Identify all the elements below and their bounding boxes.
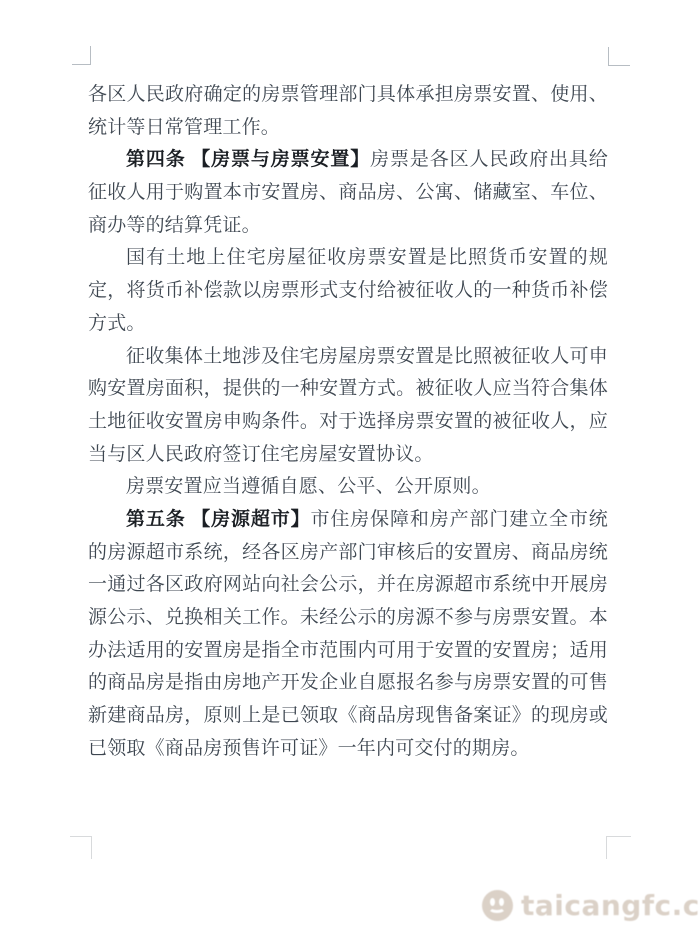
body-text: 土地征收安置房申购条件。对于选择房票安置的被征收人，应 (88, 411, 608, 432)
body-text: 办法适用的安置房是指全市范围内可用于安置的安置房；适用 (88, 640, 608, 661)
document-line: 第五条 【房源超市】市住房保障和房产部门建立全市统一 (88, 504, 608, 537)
crop-mark-bottom-right (606, 836, 631, 859)
document-line: 各区人民政府确定的房票管理部门具体承担房票安置、使用、 (88, 79, 608, 112)
document-line: 征收人用于购置本市安置房、商品房、公寓、储藏室、车位、 (88, 177, 608, 210)
document-line: 方式。 (88, 308, 608, 341)
crop-mark-top-left (72, 46, 91, 65)
body-text: 购安置房面积，提供的一种安置方式。被征收人应当符合集体 (88, 378, 608, 399)
body-text: 征收集体土地涉及住宅房屋房票安置是比照被征收人可申 (126, 346, 608, 367)
crop-mark-top-right (608, 47, 630, 66)
body-text: 新建商品房，原则上是已领取《商品房现售备案证》的现房或 (88, 705, 608, 726)
document-line: 统计等日常管理工作。 (88, 112, 608, 145)
document-line: 当与区人民政府签订住宅房屋安置协议。 (88, 439, 608, 472)
document-line: 办法适用的安置房是指全市范围内可用于安置的安置房；适用 (88, 635, 608, 668)
document-line: 已领取《商品房预售许可证》一年内可交付的期房。 (88, 733, 608, 766)
document-line: 源公示、兑换相关工作。未经公示的房源不参与房票安置。本 (88, 602, 608, 635)
clause-heading-text: 第四条 【房票与房票安置】 (126, 149, 370, 170)
document-line: 土地征收安置房申购条件。对于选择房票安置的被征收人，应 (88, 406, 608, 439)
document-line: 第四条 【房票与房票安置】房票是各区人民政府出具给被 (88, 144, 608, 177)
document-line: 征收集体土地涉及住宅房屋房票安置是比照被征收人可申 (88, 341, 608, 374)
body-text: 各区人民政府确定的房票管理部门具体承担房票安置、使用、 (88, 84, 608, 105)
site-watermark: taicangfc.com (482, 890, 700, 921)
crop-mark-bottom-left (70, 836, 92, 859)
document-line: 的房源超市系统，经各区房产部门审核后的安置房、商品房统 (88, 537, 608, 570)
body-text: 统计等日常管理工作。 (88, 117, 280, 138)
document-line: 定，将货币补偿款以房票形式支付给被征收人的一种货币补偿 (88, 275, 608, 308)
watermark-text: taicangfc.com (521, 890, 700, 921)
body-text: 征收人用于购置本市安置房、商品房、公寓、储藏室、车位、 (88, 182, 608, 203)
body-text: 源公示、兑换相关工作。未经公示的房源不参与房票安置。本 (88, 607, 608, 628)
body-text: 国有土地上住宅房屋征收房票安置是比照货币安置的规 (126, 247, 608, 268)
document-line: 国有土地上住宅房屋征收房票安置是比照货币安置的规 (88, 242, 608, 275)
body-text: 定，将货币补偿款以房票形式支付给被征收人的一种货币补偿 (88, 280, 608, 301)
body-text: 商办等的结算凭证。 (88, 215, 261, 236)
body-text: 方式。 (88, 313, 146, 334)
clause-heading-text: 第五条 【房源超市】 (126, 509, 311, 530)
body-text: 的商品房是指由房地产开发企业自愿报名参与房票安置的可售 (88, 672, 608, 693)
body-text: 的房源超市系统，经各区房产部门审核后的安置房、商品房统 (88, 542, 608, 563)
document-line: 商办等的结算凭证。 (88, 210, 608, 243)
document-line: 新建商品房，原则上是已领取《商品房现售备案证》的现房或 (88, 700, 608, 733)
document-line: 购安置房面积，提供的一种安置方式。被征收人应当符合集体 (88, 373, 608, 406)
document-line: 一通过各区政府网站向社会公示，并在房源超市系统中开展房 (88, 569, 608, 602)
smiley-face-icon (482, 890, 513, 921)
document-page: { "page": { "background": "#ffffff", "bo… (0, 0, 700, 934)
document-line: 房票安置应当遵循自愿、公平、公开原则。 (88, 471, 608, 504)
body-text: 当与区人民政府签订住宅房屋安置协议。 (88, 444, 434, 465)
body-text: 一通过各区政府网站向社会公示，并在房源超市系统中开展房 (88, 574, 608, 595)
document-text-block: 各区人民政府确定的房票管理部门具体承担房票安置、使用、统计等日常管理工作。第四条… (88, 79, 608, 765)
smiley-mouth (488, 902, 506, 913)
document-line: 的商品房是指由房地产开发企业自愿报名参与房票安置的可售 (88, 667, 608, 700)
body-text: 房票安置应当遵循自愿、公平、公开原则。 (126, 476, 491, 497)
body-text: 已领取《商品房预售许可证》一年内可交付的期房。 (88, 738, 530, 759)
